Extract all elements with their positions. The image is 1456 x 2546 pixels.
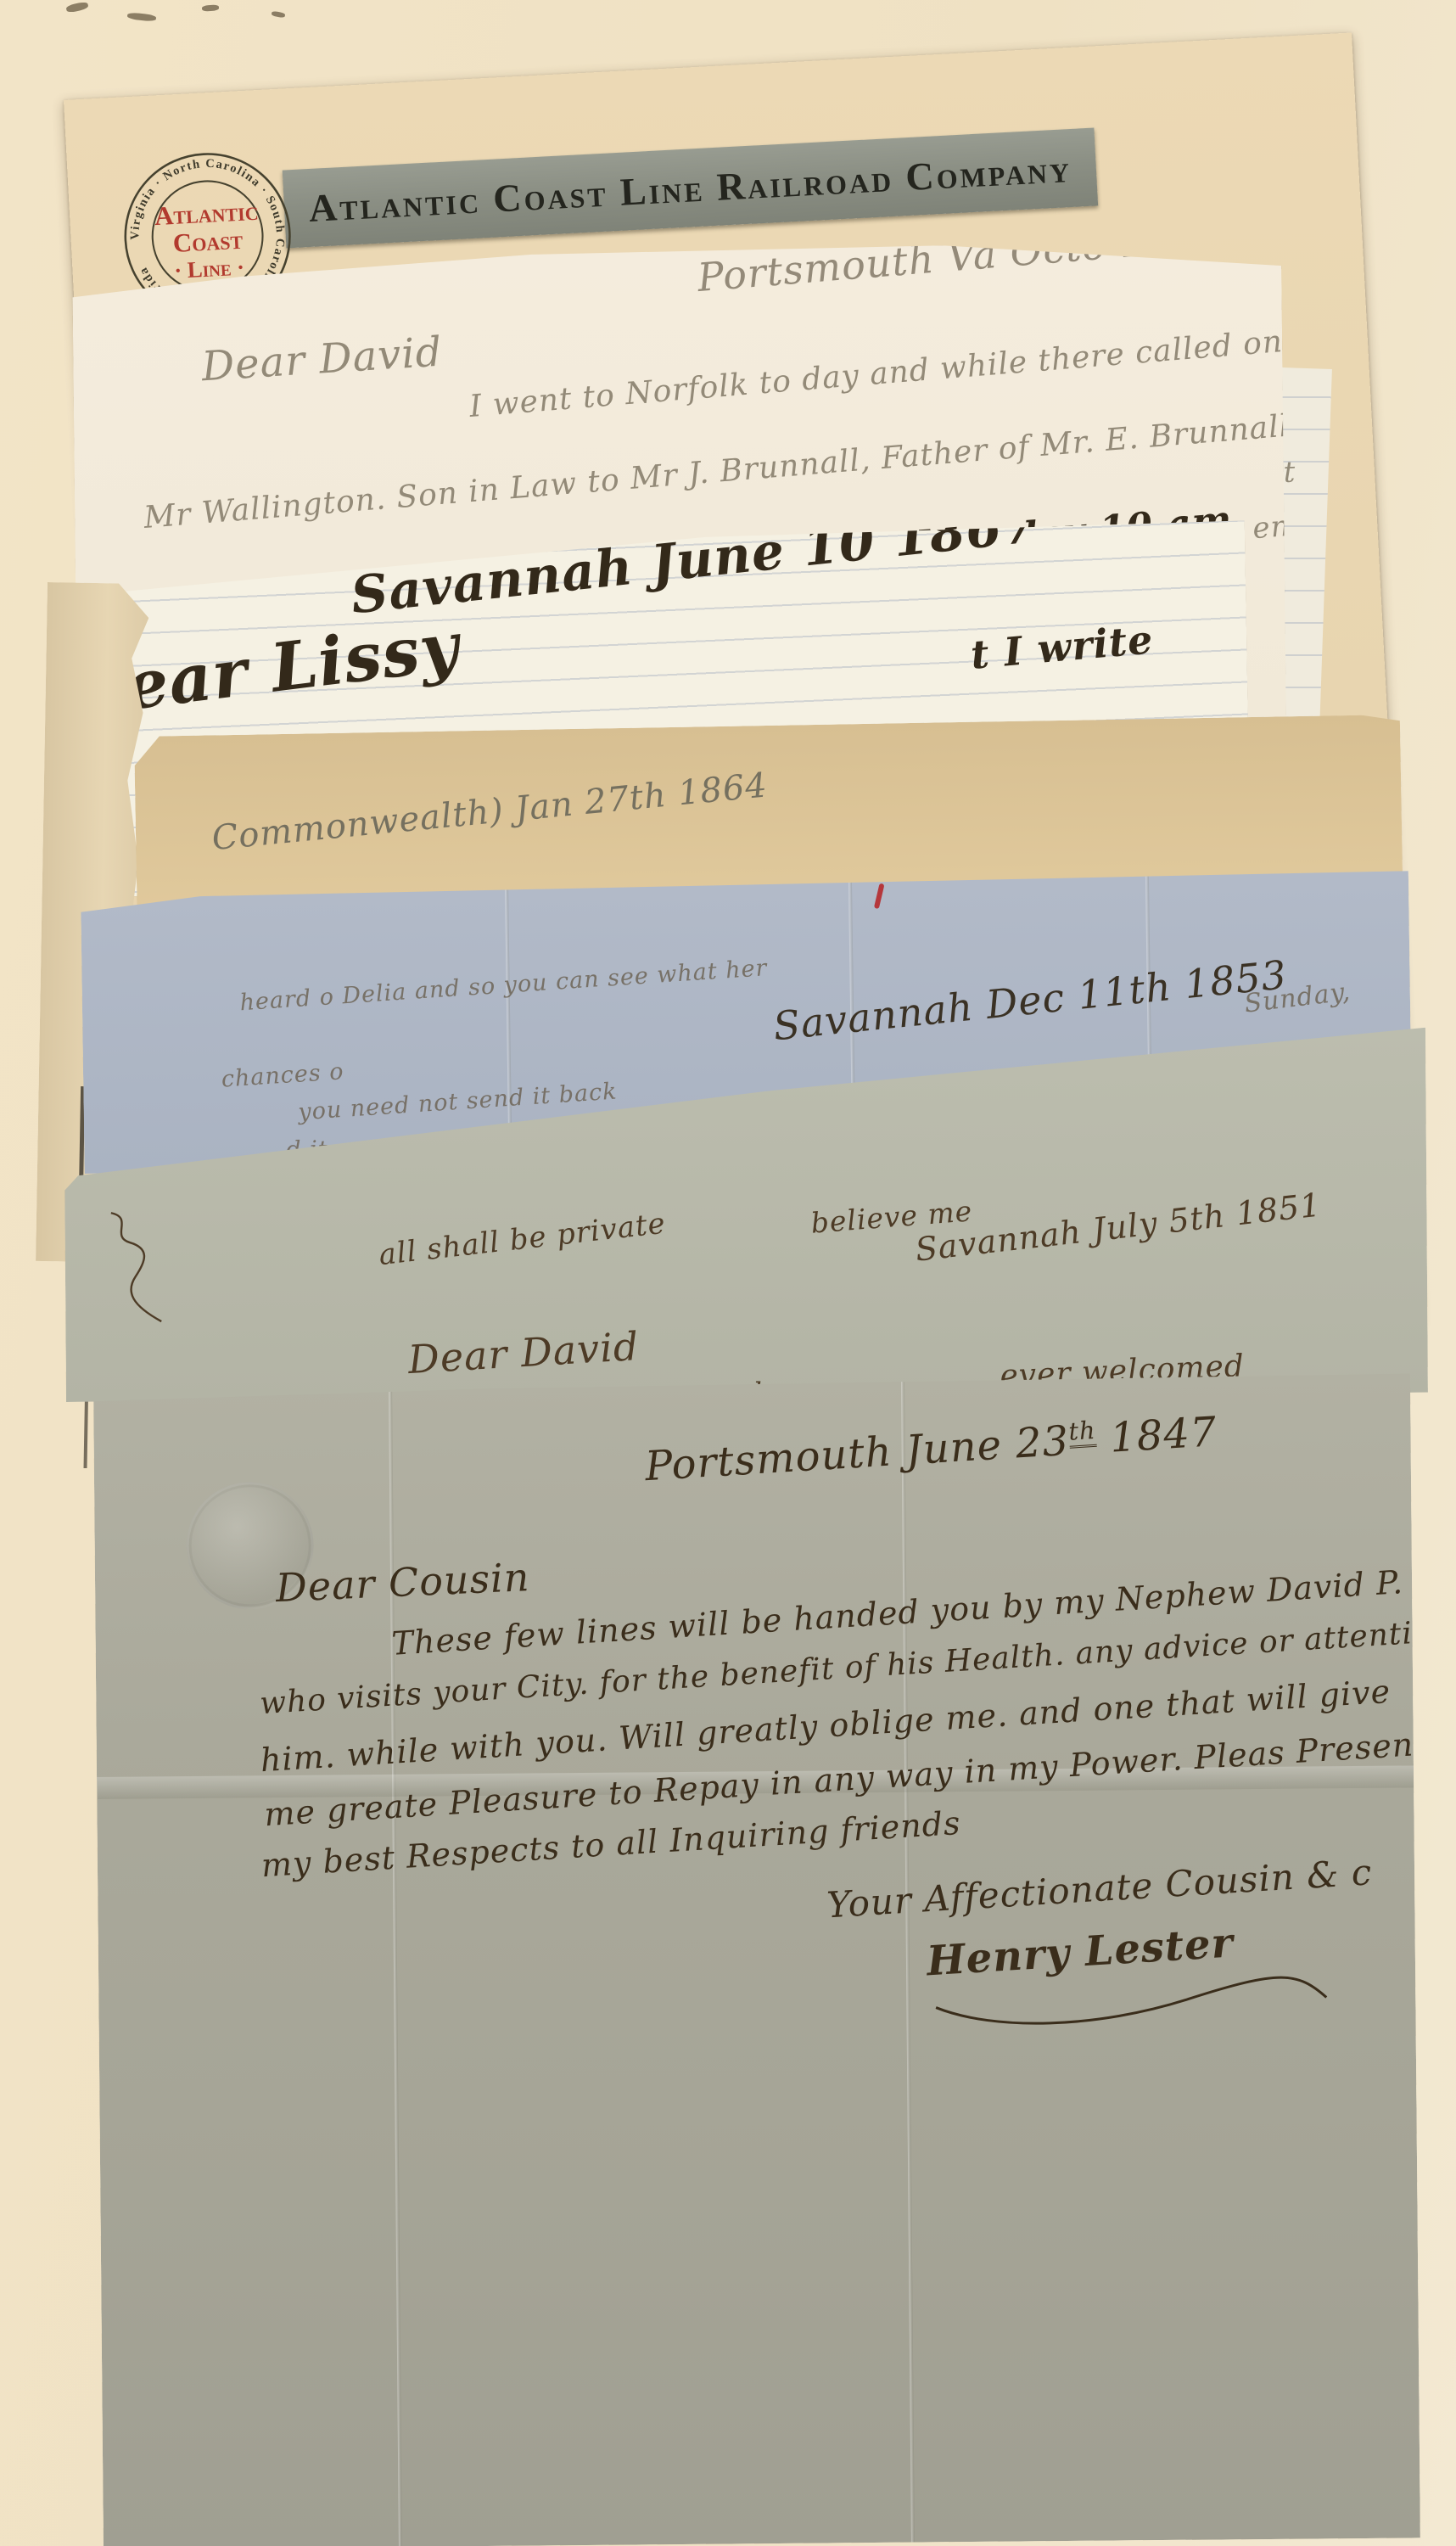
- letter-1847-sheet: Portsmouth June 23th 1847 Dear Cousin Th…: [93, 1373, 1420, 2546]
- commonwealth-line: Commonwealth) Jan 27th 1864: [210, 766, 770, 857]
- salutation-1847: Dear Cousin: [275, 1556, 531, 1610]
- dateline-1847: Portsmouth June 23th 1847: [644, 1410, 1218, 1489]
- wall-smudge: [272, 11, 286, 19]
- wall-smudge: [65, 1, 88, 13]
- date-year: 1847: [1109, 1408, 1218, 1462]
- line1-1851: all shall be private: [378, 1209, 668, 1272]
- date-place: Portsmouth June 23: [644, 1417, 1071, 1490]
- margin-scribble: [97, 1202, 174, 1335]
- salutation-1869: Dear David: [200, 330, 444, 390]
- fragment-1867: t I write: [969, 618, 1155, 676]
- wall-smudge: [202, 4, 219, 11]
- logo-center-line2: Coast: [172, 225, 244, 258]
- letterhead-banner: Atlantic Coast Line Railroad Company: [283, 127, 1099, 248]
- body-line-1869: I went to Norfolk to day and while there…: [468, 325, 1285, 424]
- wall-smudge: [127, 12, 157, 22]
- red-mark: [874, 883, 885, 910]
- company-name: Atlantic Coast Line Railroad Company: [308, 145, 1073, 230]
- salutation-1851: Dear David: [406, 1325, 640, 1382]
- line1-1853: heard o Delia and so you can see what he…: [239, 956, 769, 1016]
- date-sup: th: [1067, 1416, 1096, 1449]
- photo-of-letter-stack: Atlantic Coast Line Railroad Company Vir…: [0, 0, 1456, 2546]
- fold-crease: [901, 1378, 915, 2543]
- dateline-1851: Savannah July 5th 1851: [914, 1187, 1324, 1268]
- line2a-1853: chances o: [221, 1059, 344, 1092]
- signature-1847: Henry Lester: [926, 1921, 1235, 1984]
- fold-crease: [389, 1382, 402, 2546]
